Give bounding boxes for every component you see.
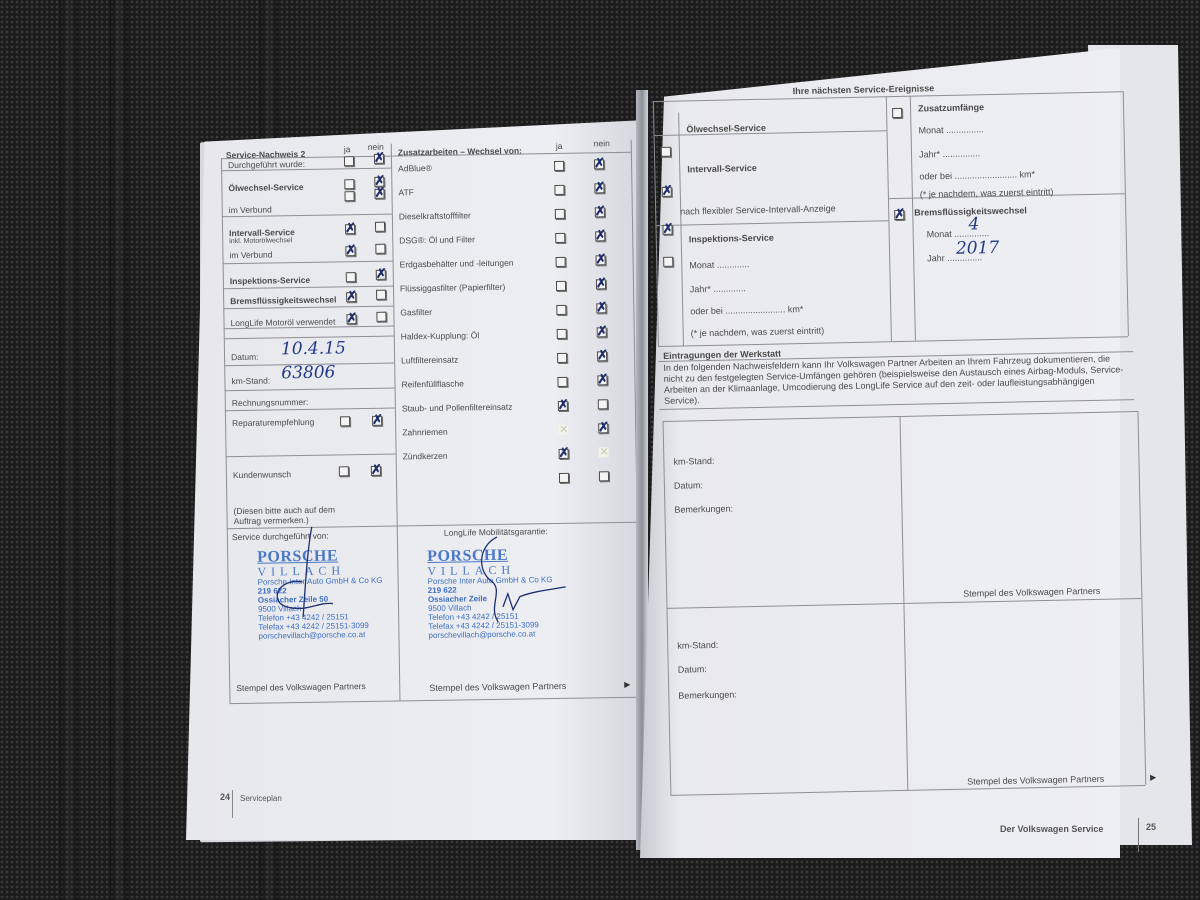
additional-work-no-checkbox[interactable] [596, 255, 606, 265]
column-no-header-2: nein [594, 138, 610, 148]
additional-footnote: (* je nachdem, was zuerst eintritt) [920, 187, 1054, 200]
inspection-service-checkbox[interactable] [663, 257, 673, 267]
brake-fluid-month-value[interactable]: 4 [968, 214, 979, 234]
service-row-label: Ölwechsel-Service [228, 182, 303, 193]
additional-work-title: Zusatzarbeiten – Wechsel von: [398, 146, 522, 158]
date-value[interactable]: 10.4.15 [281, 338, 346, 359]
interval-service-checkbox[interactable] [662, 187, 672, 197]
additional-work-no-checkbox[interactable] [597, 351, 607, 361]
service-row-no-checkbox[interactable] [375, 222, 385, 232]
additional-work-no-checkbox[interactable] [594, 159, 604, 169]
entry-1-remarks-label: Bemerkungen: [674, 504, 733, 515]
additional-work-yes-checkbox[interactable] [554, 161, 564, 171]
right-page-section: Der Volkswagen Service [1000, 824, 1103, 834]
customer-request-no-checkbox[interactable] [371, 466, 381, 476]
additional-work-yes-checkbox[interactable] [559, 449, 569, 459]
service-record-form: Service-Nachweis 2 ja nein Durchgeführt … [216, 132, 645, 699]
column-yes-header-2: ja [556, 141, 563, 151]
signature-1 [257, 521, 339, 632]
additional-work-no-checkbox[interactable] [595, 207, 605, 217]
date-label: Datum: [231, 352, 259, 362]
inspection-footnote: (* je nachdem, was zuerst eintritt) [691, 326, 825, 339]
invoice-number-label: Rechnungsnummer: [232, 397, 309, 408]
repair-recommendation-no-checkbox[interactable] [372, 416, 382, 426]
seat-fabric-fold [110, 0, 128, 900]
seat-fabric-fold [60, 0, 78, 900]
additional-work-label: Reifenfüllflasche [401, 378, 464, 389]
service-row-yes-checkbox[interactable] [344, 179, 354, 189]
additional-work-no-checkbox[interactable] [596, 279, 606, 289]
customer-request-label: Kundenwunsch [233, 469, 291, 480]
entry-2-km-label: km-Stand: [677, 640, 718, 651]
repair-recommendation-yes-checkbox[interactable] [340, 416, 350, 426]
service-row-no-checkbox[interactable] [376, 270, 386, 280]
additional-work-no-checkbox[interactable] [595, 231, 605, 241]
additional-work-label: Haldex-Kupplung: Öl [401, 330, 480, 341]
stamp-caption-1: Stempel des Volkswagen Partners [236, 681, 366, 693]
service-row-no-checkbox[interactable] [374, 189, 384, 199]
additional-work-no-checkbox[interactable] [598, 399, 608, 409]
brake-fluid-year-value[interactable]: 2017 [956, 238, 1000, 259]
service-row-no-checkbox[interactable] [376, 312, 386, 322]
additional-work-label: Flüssiggasfilter (Papierfilter) [400, 282, 505, 294]
additional-work-no-checkbox[interactable] [596, 303, 606, 313]
entry-2-remarks-label: Bemerkungen: [678, 689, 737, 700]
service-row-label: Bremsflüssigkeitswechsel [230, 294, 336, 306]
left-page-number: 24 [220, 792, 230, 802]
stamp-caption-2: Stempel des Volkswagen Partners [429, 681, 566, 693]
additional-work-no-checkbox[interactable] [598, 423, 608, 433]
service-row-yes-checkbox[interactable] [344, 191, 354, 201]
service-row-yes-checkbox[interactable] [344, 156, 354, 166]
additional-work-no-checkbox[interactable] [599, 447, 609, 457]
service-row-label: im Verbund [229, 204, 272, 215]
additional-work-yes-checkbox[interactable] [559, 473, 569, 483]
service-row-yes-checkbox[interactable] [346, 272, 356, 282]
service-row-no-checkbox[interactable] [375, 244, 385, 254]
service-row-label: Durchgeführt wurde: [228, 159, 305, 170]
service-row-yes-checkbox[interactable] [345, 246, 355, 256]
next-page-arrow-icon: ▶ [624, 680, 630, 689]
additional-work-label: Luftfiltereinsatz [401, 355, 458, 366]
km-label: km-Stand: [231, 376, 270, 387]
oil-change-checkbox[interactable] [661, 147, 671, 157]
additional-work-no-checkbox[interactable] [597, 327, 607, 337]
km-value[interactable]: 63806 [281, 362, 335, 383]
additional-work-yes-checkbox[interactable] [556, 305, 566, 315]
inspection-km-label: oder bei ........................ km* [690, 304, 803, 316]
additional-work-no-checkbox[interactable] [594, 183, 604, 193]
next-page-arrow-icon: ▶ [1150, 773, 1156, 782]
entry-1-stamp-caption: Stempel des Volkswagen Partners [963, 586, 1100, 599]
additional-work-yes-checkbox[interactable] [555, 233, 565, 243]
additional-work-label: Staub- und Pollenfiltereinsatz [402, 402, 513, 414]
additional-work-yes-checkbox[interactable] [557, 353, 567, 363]
brake-fluid-checkbox[interactable] [894, 210, 904, 220]
additional-work-label: Zündkerzen [403, 451, 448, 462]
additional-scope-checkbox[interactable] [892, 108, 902, 118]
flexible-interval-label: nach flexibler Service-Intervall-Anzeige [680, 203, 836, 216]
entry-1-km-label: km-Stand: [673, 456, 714, 467]
additional-work-label: Zahnriemen [402, 427, 448, 438]
signature-2 [467, 531, 569, 633]
inspection-service-label: Inspektions-Service [689, 233, 774, 245]
additional-work-yes-checkbox[interactable] [558, 401, 568, 411]
additional-month-label: Monat ............... [918, 124, 983, 135]
right-page-number: 25 [1146, 822, 1156, 832]
additional-work-no-checkbox[interactable] [597, 375, 607, 385]
inspection-month-label: Monat ............. [689, 259, 749, 270]
additional-work-label: AdBlue® [398, 163, 432, 174]
additional-work-yes-checkbox[interactable] [554, 185, 564, 195]
additional-work-label: Gasfilter [400, 307, 432, 317]
customer-request-yes-checkbox[interactable] [339, 466, 349, 476]
service-row-no-checkbox[interactable] [374, 154, 384, 164]
additional-work-yes-checkbox[interactable] [558, 425, 568, 435]
repair-recommendation-label: Reparaturempfehlung [232, 417, 314, 428]
service-row-label: LongLife Motoröl verwendet [230, 316, 335, 328]
next-service-form: Ihre nächsten Service-Ereignisse Ölwechs… [648, 75, 1153, 805]
additional-km-label: oder bei ......................... km* [919, 169, 1035, 181]
service-row-sublabel: inkl. Motorölwechsel [229, 237, 292, 245]
inspection-year-label: Jahr* ............. [690, 283, 746, 294]
additional-year-label: Jahr* ............... [919, 148, 980, 159]
workshop-entries-description: In den folgenden Nachweisfeldern kann Ih… [663, 353, 1126, 407]
service-row-label: im Verbund [229, 249, 272, 260]
service-row-yes-checkbox[interactable] [345, 224, 355, 234]
additional-scope-label: Zusatzumfänge [918, 102, 984, 113]
service-row-yes-checkbox[interactable] [346, 292, 356, 302]
service-row-yes-checkbox[interactable] [346, 314, 356, 324]
additional-work-yes-checkbox[interactable] [556, 257, 566, 267]
additional-work-label: ATF [398, 187, 414, 197]
additional-work-label: Dieselkraftstofffilter [399, 210, 471, 221]
additional-work-yes-checkbox[interactable] [557, 377, 567, 387]
entry-2-date-label: Datum: [678, 664, 707, 675]
flexible-interval-checkbox[interactable] [662, 225, 672, 235]
left-page-section: Serviceplan [240, 794, 282, 803]
additional-work-no-checkbox[interactable] [599, 471, 609, 481]
additional-work-label: DSG®: Öl und Filter [399, 234, 475, 245]
entry-1-date-label: Datum: [674, 480, 703, 491]
interval-service-label: Intervall-Service [687, 163, 757, 174]
additional-work-yes-checkbox[interactable] [556, 281, 566, 291]
service-row-label: Inspektions-Service [230, 275, 310, 286]
additional-work-yes-checkbox[interactable] [557, 329, 567, 339]
entry-2-stamp-caption: Stempel des Volkswagen Partners [967, 774, 1104, 787]
additional-work-yes-checkbox[interactable] [555, 209, 565, 219]
oil-change-label: Ölwechsel-Service [686, 123, 766, 135]
additional-work-label: Erdgasbehälter und -leitungen [400, 258, 514, 270]
column-yes-header: ja [344, 144, 351, 154]
next-events-title: Ihre nächsten Service-Ereignisse [793, 83, 935, 96]
service-row-no-checkbox[interactable] [376, 290, 386, 300]
